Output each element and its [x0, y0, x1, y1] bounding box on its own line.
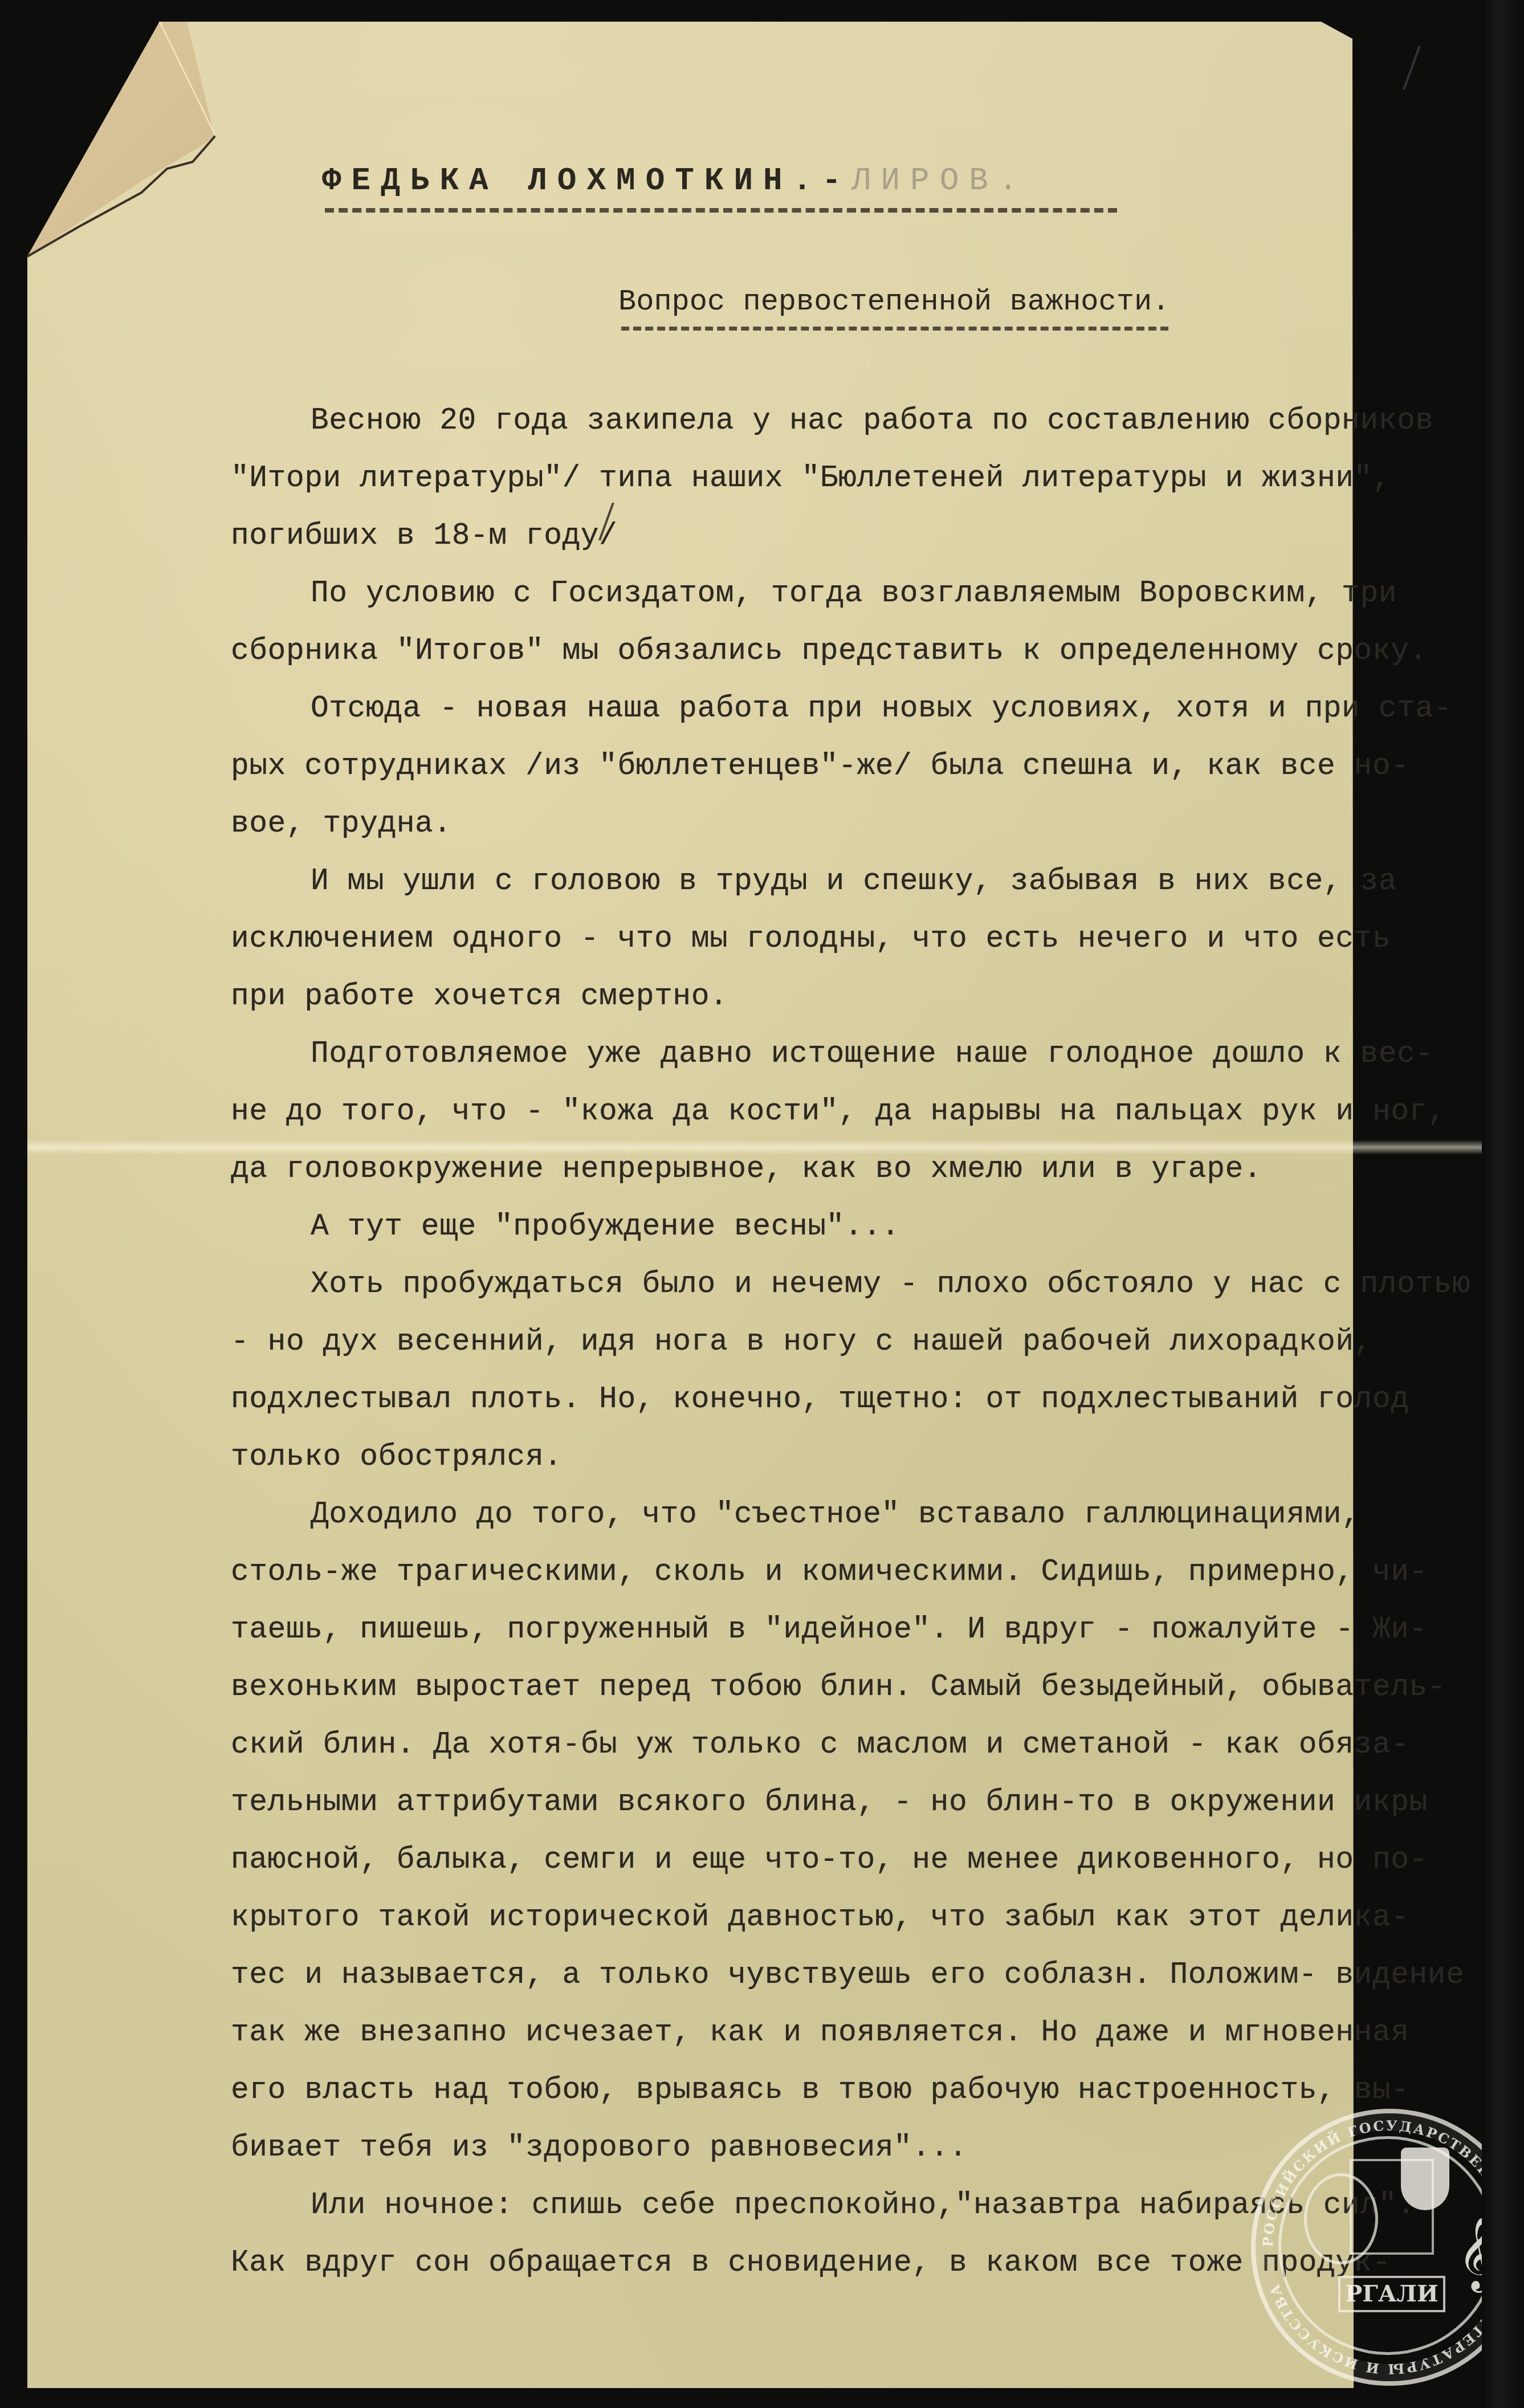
- text-line: А тут еще "пробуждение весны"...: [231, 1198, 1507, 1256]
- scan-background-edge: [1482, 0, 1524, 2408]
- text-line: вехоньким выростает перед тобою блин. Са…: [231, 1659, 1507, 1716]
- document-title: ФЕДЬКА ЛОХМОТКИН.-ЛИРОВ.: [322, 162, 1028, 199]
- text-line: так же внезапно исчезает, как и появляет…: [231, 2004, 1507, 2061]
- text-line: столь-же трагическими, сколь и комически…: [231, 1543, 1507, 1601]
- title-underline: [325, 208, 1117, 213]
- text-line: не до того, что - "кожа да кости", да на…: [231, 1083, 1507, 1140]
- text-line: только обострялся.: [231, 1428, 1507, 1486]
- text-line: Доходило до того, что "съестное" вставал…: [231, 1486, 1507, 1543]
- text-line: да головокружение непрерывное, как во хм…: [231, 1140, 1507, 1198]
- text-line: "Итори литературы"/ типа наших "Бюллетен…: [231, 450, 1507, 507]
- text-line: тес и называется, а только чувствуешь ег…: [231, 1946, 1507, 2004]
- text-line: Как вдруг сон обращается в сновидение, в…: [231, 2234, 1507, 2292]
- text-line: Отсюда - новая наша работа при новых усл…: [231, 680, 1507, 738]
- text-line: крытого такой исторической давностью, чт…: [231, 1889, 1507, 1946]
- text-line: вое, трудна.: [231, 795, 1507, 853]
- document-body: Весною 20 года закипела у нас работа по …: [231, 392, 1507, 2292]
- text-line: Хоть пробуждаться было и нечему - плохо …: [231, 1256, 1507, 1313]
- text-line: И мы ушли с головою в труды и спешку, за…: [231, 853, 1507, 910]
- text-line: тельными аттрибутами всякого блина, - но…: [231, 1774, 1507, 1831]
- text-line: исключением одного - что мы голодны, что…: [231, 910, 1507, 968]
- text-line: По условию с Госиздатом, тогда возглавля…: [231, 565, 1507, 622]
- document-subtitle: Вопрос первостепенной важности.: [618, 285, 1170, 319]
- text-line: погибших в 18-м году/: [231, 507, 1507, 565]
- text-line: его власть над тобою, врываясь в твою ра…: [231, 2061, 1507, 2119]
- text-line: Подготовляемое уже давно истощение наше …: [231, 1025, 1507, 1083]
- pencil-mark: [1403, 46, 1421, 90]
- text-line: - но дух весенний, идя нога в ногу с наш…: [231, 1313, 1507, 1371]
- subtitle-underline: [621, 327, 1168, 331]
- text-line: таешь, пишешь, погруженный в "идейное". …: [231, 1601, 1507, 1659]
- text-line: при работе хочется смертно.: [231, 968, 1507, 1025]
- text-line: ский блин. Да хотя-бы уж только с маслом…: [231, 1716, 1507, 1774]
- text-line: рых сотрудниках /из "бюллетенцев"-же/ бы…: [231, 738, 1507, 795]
- title-main: ФЕДЬКА ЛОХМОТКИН.-: [322, 162, 851, 199]
- text-line: Или ночное: спишь себе преспокойно,"наза…: [231, 2177, 1507, 2234]
- text-line: сборника "Итогов" мы обязались представи…: [231, 622, 1507, 680]
- title-faded: ЛИРОВ.: [851, 162, 1028, 199]
- text-line: подхлестывал плоть. Но, конечно, тщетно:…: [231, 1371, 1507, 1428]
- text-line: Весною 20 года закипела у нас работа по …: [231, 392, 1507, 450]
- text-line: бивает тебя из "здорового равновесия"...: [231, 2119, 1507, 2177]
- text-line: паюсной, балыка, семги и еще что-то, не …: [231, 1831, 1507, 1889]
